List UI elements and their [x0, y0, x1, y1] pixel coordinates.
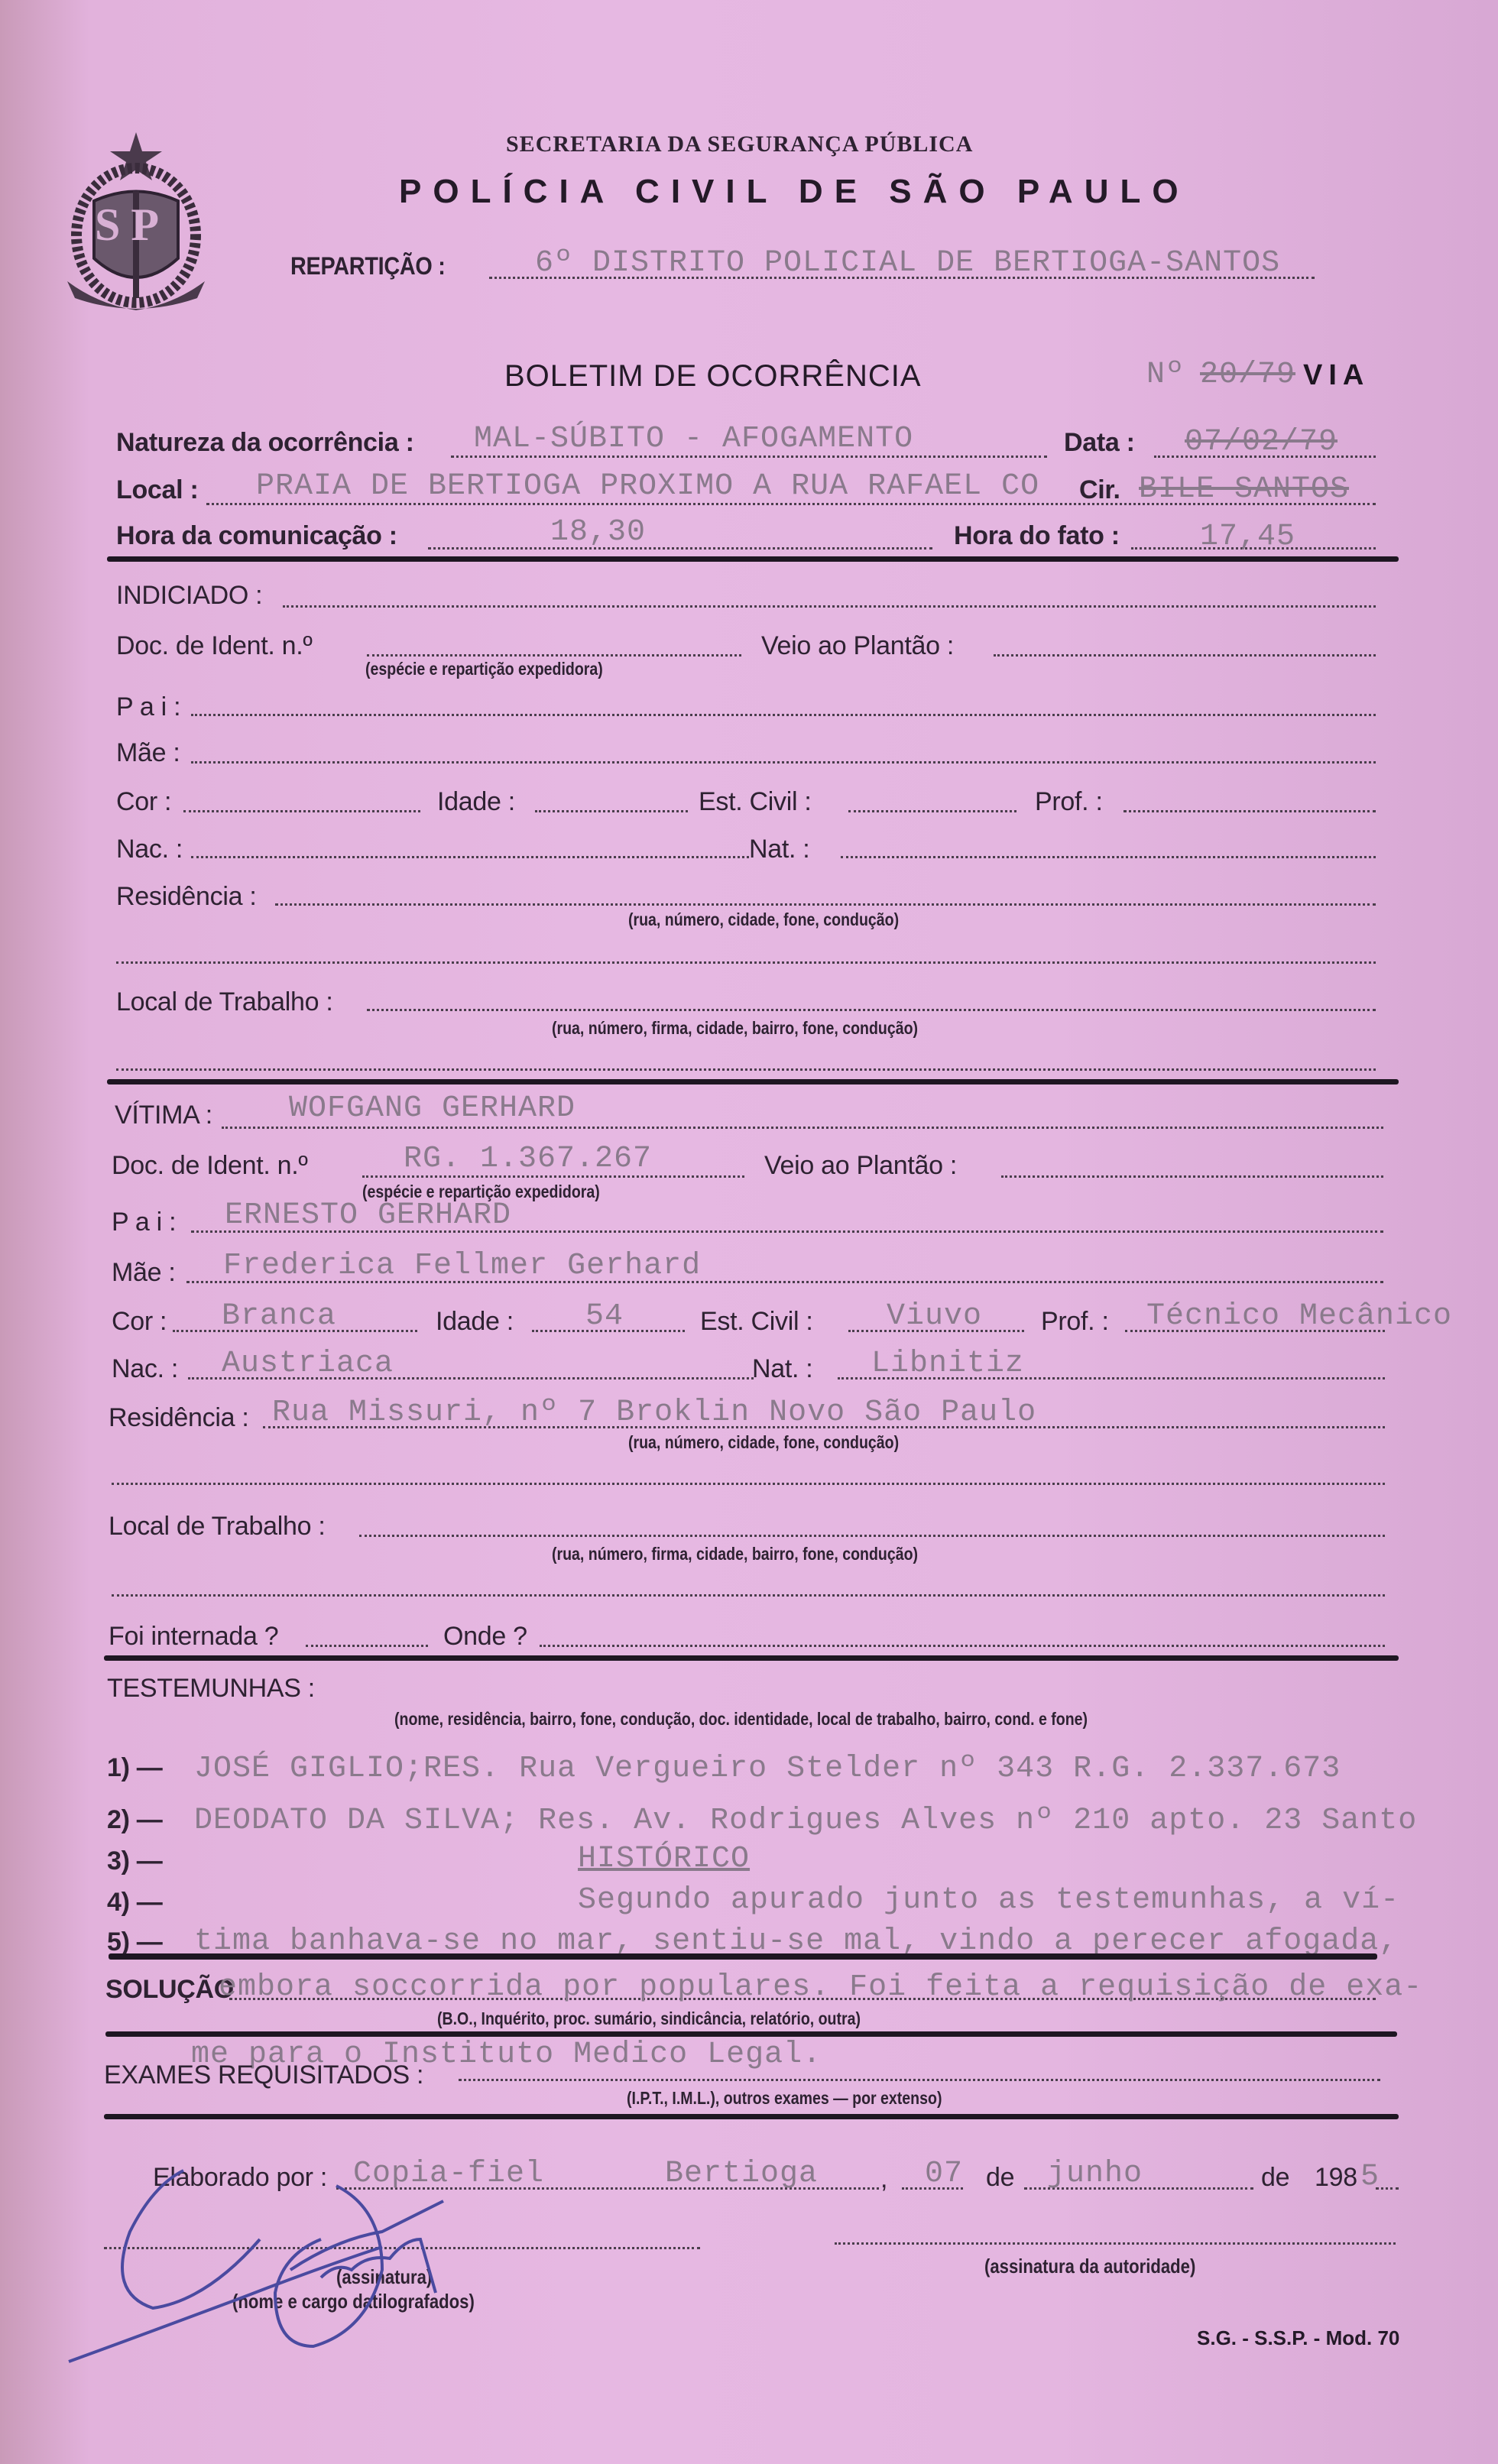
vitima-nat-value: Libnitiz — [871, 1347, 1024, 1381]
exames-label: EXAMES REQUISITADOS : — [104, 2060, 423, 2090]
sao-paulo-seal: SP — [52, 128, 220, 319]
indiciado-label: INDICIADO : — [116, 581, 262, 611]
exames-hint: (I.P.T., I.M.L.), outros exames — por ex… — [627, 2088, 942, 2109]
vitima-idade-label: Idade : — [436, 1307, 514, 1337]
witness-text: JOSÉ GIGLIO;RES. Rua Vergueiro Stelder n… — [194, 1752, 1341, 1786]
witness-number: 3) — — [107, 1846, 162, 1876]
assinatura-hint: (assinatura) — [336, 2265, 432, 2289]
mes-value: junho — [1047, 2157, 1143, 2191]
cir-label: Cir. — [1079, 475, 1120, 505]
vitima-doc-value: RG. 1.367.267 — [404, 1142, 652, 1176]
vitima-idade-value: 54 — [585, 1299, 624, 1334]
natureza-value: MAL-SÚBITO - AFOGAMENTO — [474, 422, 913, 456]
form-model-code: S.G. - S.S.P. - Mod. 70 — [1197, 2326, 1399, 2350]
vitima-prof-value: Técnico Mecânico — [1146, 1299, 1452, 1334]
vitima-cor-value: Branca — [222, 1299, 336, 1334]
witness-text: DEODATO DA SILVA; Res. Av. Rodrigues Alv… — [194, 1804, 1417, 1838]
solucao-hint: (B.O., Inquérito, proc. sumário, sindicâ… — [437, 2008, 861, 2029]
solucao-label: SOLUÇÃO — [105, 1975, 234, 2005]
autoridade-hint: (assinatura da autoridade) — [984, 2255, 1195, 2278]
data-label: Data : — [1064, 428, 1135, 458]
witness-number: 2) — — [107, 1805, 162, 1835]
witness-number: 4) — — [107, 1888, 162, 1918]
secretaria-heading: SECRETARIA DA SEGURANÇA PÚBLICA — [506, 131, 973, 157]
section-divider — [104, 1655, 1399, 1661]
section-divider — [107, 556, 1399, 562]
internada-label: Foi internada ? — [109, 1622, 278, 1652]
historico-line-3: embora soccorrida por populares. Foi fei… — [219, 1970, 1422, 2005]
witness-number: 1) — — [107, 1753, 162, 1783]
indiciado-prof-label: Prof. : — [1035, 787, 1103, 817]
vitima-pai-label: P a i : — [112, 1208, 176, 1237]
vitima-nac-label: Nac. : — [112, 1354, 178, 1384]
vitima-veio-label: Veio ao Plantão : — [764, 1151, 957, 1181]
indiciado-doc-hint: (espécie e repartição expedidora) — [365, 659, 603, 679]
hora-fato-value: 17,45 — [1200, 520, 1295, 554]
data-value: 07/02/79 — [1185, 425, 1337, 459]
seal-monogram: SP — [95, 199, 170, 251]
testemunhas-label: TESTEMUNHAS : — [107, 1674, 315, 1704]
section-divider — [109, 1953, 1377, 1960]
vitima-mae-label: Mãe : — [112, 1258, 176, 1288]
numero-value: 20/79 — [1200, 358, 1295, 392]
cidade-value: Bertioga — [665, 2157, 818, 2191]
onde-label: Onde ? — [443, 1622, 527, 1652]
reparticao-label: REPARTIÇÃO : — [290, 252, 446, 280]
hora-comunicacao-value: 18,30 — [550, 515, 646, 550]
indiciado-idade-label: Idade : — [437, 787, 515, 817]
natureza-label: Natureza da ocorrência : — [116, 428, 414, 458]
vitima-trabalho-hint: (rua, número, firma, cidade, bairro, fon… — [552, 1544, 918, 1564]
de-label-1: de — [986, 2163, 1014, 2193]
vitima-doc-label: Doc. de Ident. n.º — [112, 1151, 308, 1181]
vitima-est-civil-value: Viuvo — [887, 1299, 982, 1334]
vitima-mae-value: Frederica Fellmer Gerhard — [223, 1249, 701, 1283]
elaborado-label: Elaborado por : — [153, 2163, 327, 2193]
indiciado-doc-label: Doc. de Ident. n.º — [116, 631, 313, 661]
de-label-2: de — [1261, 2163, 1289, 2193]
testemunhas-hint: (nome, residência, bairro, fone, conduçã… — [394, 1709, 1088, 1730]
section-divider — [105, 2031, 1397, 2037]
numero-prefix: Nº — [1146, 358, 1185, 392]
vitima-trabalho-label: Local de Trabalho : — [109, 1512, 326, 1542]
document-title: BOLETIM DE OCORRÊNCIA — [504, 359, 922, 394]
indiciado-residencia-label: Residência : — [116, 882, 257, 912]
vitima-label: VÍTIMA : — [115, 1101, 212, 1130]
hora-fato-label: Hora do fato : — [954, 521, 1120, 551]
indiciado-nat-label: Nat. : — [749, 835, 809, 864]
indiciado-trabalho-label: Local de Trabalho : — [116, 987, 333, 1017]
section-divider — [104, 2114, 1399, 2119]
indiciado-pai-label: P a i : — [116, 692, 180, 722]
vitima-prof-label: Prof. : — [1041, 1307, 1109, 1337]
indiciado-cor-label: Cor : — [116, 787, 171, 817]
vitima-est-civil-label: Est. Civil : — [700, 1307, 813, 1337]
reparticao-value: 6º DISTRITO POLICIAL DE BERTIOGA-SANTOS — [535, 246, 1280, 280]
vitima-cor-label: Cor : — [112, 1307, 167, 1337]
vitima-residencia-label: Residência : — [109, 1403, 249, 1433]
hora-comunicacao-label: Hora da comunicação : — [116, 521, 397, 551]
historico-line-1: Segundo apurado junto as testemunhas, a … — [578, 1883, 1399, 1918]
indiciado-trabalho-hint: (rua, número, firma, cidade, bairro, fon… — [552, 1018, 918, 1039]
ano-prefix: 198 — [1315, 2163, 1357, 2193]
via-label: VIA — [1303, 359, 1370, 392]
policia-heading: POLÍCIA CIVIL DE SÃO PAULO — [399, 173, 1190, 211]
section-divider — [107, 1079, 1399, 1084]
indiciado-mae-label: Mãe : — [116, 738, 180, 768]
vitima-nat-label: Nat. : — [752, 1354, 812, 1384]
boletim-document: SP SECRETARIA DA SEGURANÇA PÚBLICA POLÍC… — [0, 0, 1498, 2464]
local-value: PRAIA DE BERTIOGA PROXIMO A RUA RAFAEL C… — [256, 469, 1039, 504]
vitima-residencia-hint: (rua, número, cidade, fone, condução) — [628, 1432, 899, 1453]
vitima-residencia-value: Rua Missuri, nº 7 Broklin Novo São Paulo — [272, 1396, 1036, 1430]
elaborado-value: Copia-fiel — [353, 2157, 544, 2191]
vitima-pai-value: ERNESTO GERHARD — [225, 1198, 511, 1233]
indiciado-nac-label: Nac. : — [116, 835, 183, 864]
dia-value: 07 — [925, 2157, 963, 2191]
indiciado-residencia-hint: (rua, número, cidade, fone, condução) — [628, 909, 899, 930]
nome-cargo-hint: (nome e cargo datilografados) — [232, 2290, 475, 2313]
historico-title: HISTÓRICO — [578, 1842, 750, 1876]
local-label: Local : — [116, 475, 198, 505]
vitima-nac-value: Austriaca — [222, 1347, 394, 1381]
indiciado-est-civil-label: Est. Civil : — [699, 787, 812, 817]
vitima-nome: WOFGANG GERHARD — [289, 1091, 576, 1126]
cir-value: BILE SANTOS — [1139, 472, 1349, 507]
indiciado-veio-label: Veio ao Plantão : — [761, 631, 954, 661]
